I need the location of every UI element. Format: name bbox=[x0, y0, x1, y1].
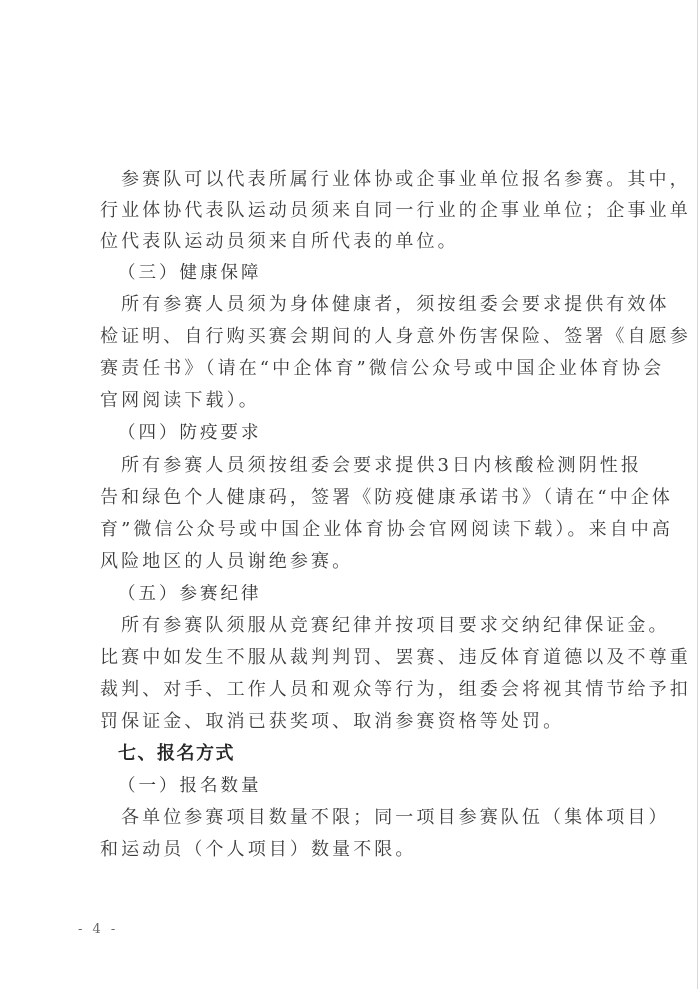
page-number: - 4 - bbox=[78, 922, 118, 937]
subheading-quantity: （一）报名数量 bbox=[118, 774, 638, 798]
paragraph-line: 所有参赛人员须为身体健康者，须按组委会要求提供有效体 bbox=[121, 293, 641, 317]
paragraph-line: 告和绿色个人健康码，签署《防疫健康承诺书》（请在“中企体 bbox=[100, 486, 620, 510]
paragraph-line: 赛责任书》（请在“中企体育”微信公众号或中国企业体育协会 bbox=[100, 357, 620, 381]
paragraph-line: 行业体协代表队运动员须来自同一行业的企事业单位；企事业单 bbox=[100, 199, 620, 223]
paragraph-line: 风险地区的人员谢绝参赛。 bbox=[100, 550, 620, 574]
paragraph-line: 罚保证金、取消已获奖项、取消参赛资格等处罚。 bbox=[100, 710, 620, 734]
paragraph-line: 所有参赛队须服从竞赛纪律并按项目要求交纳纪律保证金。 bbox=[121, 614, 641, 638]
paragraph-line: 和运动员（个人项目）数量不限。 bbox=[100, 838, 620, 862]
page-edge-divider bbox=[697, 0, 698, 989]
paragraph-line: 育”微信公众号或中国企业体育协会官网阅读下载）。来自中高 bbox=[100, 518, 620, 542]
section-heading-registration: 七、报名方式 bbox=[118, 742, 638, 766]
subheading-discipline: （五）参赛纪律 bbox=[118, 582, 638, 606]
paragraph-line: 各单位参赛项目数量不限；同一项目参赛队伍（集体项目） bbox=[121, 806, 641, 830]
paragraph-line: 官网阅读下载）。 bbox=[100, 389, 620, 413]
paragraph-line: 位代表队运动员须来自所代表的单位。 bbox=[100, 230, 620, 254]
paragraph-line: 比赛中如发生不服从裁判判罚、罢赛、违反体育道德以及不尊重 bbox=[100, 646, 620, 670]
subheading-epidemic: （四）防疫要求 bbox=[118, 421, 638, 445]
paragraph-line: 裁判、对手、工作人员和观众等行为，组委会将视其情节给予扣 bbox=[100, 678, 620, 702]
paragraph-line: 参赛队可以代表所属行业体协或企事业单位报名参赛。其中， bbox=[121, 168, 641, 192]
paragraph-line: 所有参赛人员须按组委会要求提供3日内核酸检测阴性报 bbox=[121, 454, 641, 478]
subheading-health: （三）健康保障 bbox=[118, 261, 638, 285]
document-page: 参赛队可以代表所属行业体协或企事业单位报名参赛。其中， 行业体协代表队运动员须来… bbox=[0, 0, 700, 989]
paragraph-line: 检证明、自行购买赛会期间的人身意外伤害保险、签署《自愿参 bbox=[100, 325, 620, 349]
